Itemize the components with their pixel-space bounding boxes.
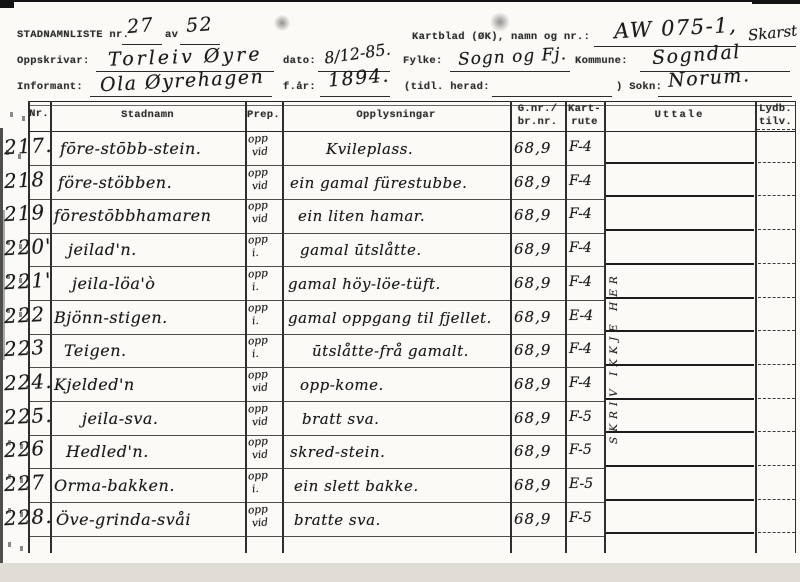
column-divider	[282, 101, 284, 553]
uttale-writing-rule	[606, 297, 754, 299]
row-gnr: 68,9	[514, 139, 551, 157]
column-divider	[50, 101, 52, 553]
row-separator	[28, 468, 604, 469]
row-prep-top: opp	[248, 301, 269, 314]
perforation-dot	[7, 240, 10, 245]
row-nr: 225.	[3, 402, 53, 429]
row-opplysningar: gamal oppgang til fjellet.	[288, 309, 492, 327]
row-stadnamn: fōrestōbbhamaren	[54, 206, 211, 225]
perforation-dot	[19, 312, 22, 317]
scan-smudge	[490, 12, 510, 32]
row-prep-top: opp	[248, 335, 269, 348]
scan-artifact	[0, 0, 796, 2]
column-divider	[510, 101, 512, 553]
col-header-uttale: Uttale	[604, 109, 755, 121]
row-opplysningar: bratt sva.	[302, 410, 379, 428]
scan-smudge	[274, 14, 290, 32]
kartblad-value: AW 075-1,	[613, 13, 737, 43]
faar-value: 1894.	[327, 64, 391, 91]
column-divider	[245, 101, 247, 553]
row-prep-bottom: vid	[252, 516, 269, 529]
row-gnr: 68,9	[514, 375, 551, 393]
row-opplysningar: ūtslåtte-frå gamalt.	[312, 342, 469, 360]
row-stadnamn: Orma-bakken.	[54, 476, 175, 495]
row-stadnamn: jeila-löa'ò	[72, 274, 155, 293]
row-nr: 218	[3, 167, 45, 193]
row-gnr: 68,9	[514, 206, 551, 224]
perforation-dot	[8, 542, 11, 547]
row-prep-bottom: i.	[252, 348, 260, 360]
row-stadnamn: Teigen.	[64, 341, 127, 360]
row-separator	[28, 334, 604, 335]
underline	[122, 44, 162, 45]
scan-artifact	[3, 210, 5, 360]
row-nr: 220'	[3, 234, 52, 260]
col-header-lydb-line2: tilv.	[755, 116, 796, 128]
row-nr: 221'	[3, 268, 52, 294]
row-kartrute: F-4	[569, 173, 592, 189]
row-prep-top: opp	[248, 200, 269, 213]
lydb-writing-rule	[758, 330, 795, 331]
row-prep-top: opp	[248, 503, 269, 516]
perforation-dot	[8, 474, 11, 479]
row-opplysningar: gamal höy-löe-tüft.	[288, 275, 441, 293]
row-kartrute: F-5	[569, 442, 592, 458]
lydb-writing-rule	[758, 364, 795, 365]
uttale-writing-rule	[606, 499, 754, 501]
row-prep-bottom: vid	[252, 145, 269, 158]
perforation-dot	[22, 116, 25, 121]
row-separator	[28, 502, 604, 503]
row-prep-bottom: i.	[252, 247, 260, 259]
col-header-gnr-line2: br.nr.	[510, 116, 565, 128]
scanner-band	[0, 563, 800, 582]
scanned-stadnamn-form: STADNAMNLISTE nr. 27 av 52 Kartblad (ØK)…	[0, 0, 800, 582]
row-kartrute: F-4	[569, 341, 592, 357]
scan-artifact	[752, 0, 800, 4]
kartblad-extra-value: Skarst	[747, 21, 798, 44]
perforation-dot	[8, 508, 11, 513]
perforation-dot	[19, 278, 22, 283]
col-header-nr: Nr.	[28, 108, 50, 120]
col-header-opplysningar: Opplysningar	[282, 109, 510, 121]
lydb-writing-rule	[758, 297, 795, 298]
uttale-writing-rule	[606, 398, 754, 400]
row-separator	[28, 266, 604, 267]
lydb-writing-rule	[758, 532, 795, 533]
lydb-header-rule	[757, 129, 795, 130]
row-kartrute: F-4	[569, 375, 592, 391]
col-header-rute-line2: rute	[565, 116, 604, 128]
row-prep-bottom: vid	[252, 449, 269, 462]
row-gnr: 68,9	[514, 409, 551, 427]
oppskrivar-label: Oppskrivar:	[17, 55, 90, 67]
uttale-writing-rule	[606, 195, 754, 197]
kartblad-label: Kartblad (ØK), namn og nr.:	[412, 31, 590, 43]
lydb-writing-rule	[758, 162, 795, 163]
lydb-writing-rule	[758, 229, 795, 230]
uttale-writing-rule	[606, 162, 754, 164]
row-stadnamn: fōre-stōbb-stein.	[60, 139, 201, 158]
perforation-dot	[18, 154, 21, 159]
form-title-label: STADNAMNLISTE nr.	[17, 29, 129, 41]
row-nr: 224.	[3, 369, 53, 396]
row-prep-top: opp	[248, 166, 269, 179]
row-stadnamn: före-stöbben.	[58, 173, 172, 192]
col-header-gnr-line1: G.nr./	[510, 103, 565, 115]
row-stadnamn: Öve-grinda-svåi	[56, 510, 191, 529]
row-separator	[28, 233, 604, 234]
perforation-dot	[20, 444, 23, 449]
perforation-dot	[20, 478, 23, 483]
faar-label: f.år:	[283, 81, 316, 93]
row-kartrute: E-5	[569, 476, 593, 492]
uttale-writing-rule	[606, 465, 754, 467]
row-kartrute: E-4	[569, 308, 593, 324]
row-gnr: 68,9	[514, 173, 551, 191]
informant-label: Informant:	[17, 81, 83, 93]
column-divider	[565, 101, 567, 553]
row-gnr: 68,9	[514, 240, 551, 258]
row-separator	[28, 300, 604, 301]
lydb-writing-rule	[758, 263, 795, 264]
row-kartrute: F-4	[569, 274, 592, 290]
row-prep-bottom: i.	[252, 281, 260, 293]
row-prep-top: opp	[248, 436, 269, 449]
row-gnr: 68,9	[514, 274, 551, 292]
row-nr: 219	[3, 200, 45, 226]
row-kartrute: F-4	[569, 206, 592, 222]
row-prep-top: opp	[248, 233, 269, 246]
form-title-nr-value: 27	[126, 14, 155, 38]
row-gnr: 68,9	[514, 510, 551, 528]
row-prep-top: opp	[248, 132, 269, 145]
row-opplysningar: ein gamal fürestubbe.	[290, 174, 467, 192]
row-prep-bottom: vid	[252, 381, 269, 394]
column-divider	[755, 101, 757, 553]
row-prep-top: opp	[248, 267, 269, 280]
lydb-writing-rule	[758, 195, 795, 196]
dato-value: 8/12-85.	[323, 39, 392, 67]
row-opplysningar: opp-kome.	[300, 376, 384, 394]
skriv-ikkje-her-note: SKRIV IKKJE HER	[608, 238, 620, 444]
dato-label: dato:	[283, 55, 316, 67]
sokn-value: Norum.	[667, 64, 751, 92]
uttale-writing-rule	[606, 431, 754, 433]
underline	[450, 71, 570, 72]
form-av-label: av	[165, 29, 178, 41]
row-stadnamn: Hedled'n.	[66, 442, 149, 461]
perforation-dot	[6, 150, 9, 155]
herad-blank-underline	[492, 96, 612, 97]
row-kartrute: F-5	[569, 409, 592, 425]
row-prep-bottom: vid	[252, 415, 269, 428]
perforation-dot	[19, 244, 22, 249]
form-title-total-value: 52	[185, 13, 214, 37]
row-kartrute: F-5	[569, 510, 592, 526]
uttale-writing-rule	[606, 532, 754, 534]
row-nr: 223	[3, 335, 45, 361]
underline	[658, 96, 792, 97]
kommune-label: Kommune:	[575, 55, 628, 67]
row-prep-top: opp	[248, 368, 269, 381]
column-divider	[795, 101, 797, 553]
lydb-writing-rule	[758, 465, 795, 466]
underline	[90, 96, 272, 97]
col-header-stadnamn: Stadnamn	[50, 109, 245, 121]
lydb-writing-rule	[758, 398, 795, 399]
table-top-border	[28, 101, 796, 102]
perforation-dot	[10, 112, 13, 117]
sokn-label: ) Sokn:	[616, 81, 662, 93]
uttale-writing-rule	[606, 330, 754, 332]
perforation-dot	[7, 308, 10, 313]
row-separator	[28, 199, 604, 200]
row-opplysningar: skred-stein.	[290, 443, 385, 461]
underline	[320, 96, 390, 97]
scan-artifact	[0, 0, 14, 8]
col-header-rute-line1: Kart-	[565, 103, 604, 115]
lydb-writing-rule	[758, 499, 795, 500]
row-stadnamn: jeila-sva.	[82, 409, 158, 428]
row-opplysningar: Kvileplass.	[326, 140, 413, 158]
fylke-value: Sogn og Fj.	[458, 44, 568, 70]
herad-label: (tidl. herad:	[404, 81, 490, 93]
row-stadnamn: Bjönn-stigen.	[54, 308, 168, 327]
row-nr: 222	[3, 301, 45, 327]
row-separator	[28, 165, 604, 166]
row-gnr: 68,9	[514, 308, 551, 326]
fylke-label: Fylke:	[403, 55, 443, 67]
row-kartrute: F-4	[569, 139, 592, 155]
uttale-writing-rule	[606, 263, 754, 265]
row-prep-bottom: vid	[252, 179, 269, 192]
row-gnr: 68,9	[514, 442, 551, 460]
col-header-prep: Prep.	[245, 109, 282, 121]
row-prep-bottom: i.	[252, 314, 260, 326]
row-separator	[28, 536, 604, 537]
perforation-dot	[8, 440, 11, 445]
row-opplysningar: ein slett bakke.	[294, 477, 419, 495]
header-bottom-border	[28, 131, 796, 132]
col-header-lydb-line1: Lydb.	[755, 103, 796, 115]
uttale-writing-rule	[606, 229, 754, 231]
row-kartrute: F-4	[569, 240, 592, 256]
row-opplysningar: ein liten hamar.	[298, 207, 425, 225]
column-divider	[604, 101, 606, 553]
row-separator	[28, 401, 604, 402]
perforation-dot	[7, 274, 10, 279]
lydb-writing-rule	[758, 431, 795, 432]
row-nr: 217.	[3, 133, 53, 160]
row-separator	[28, 435, 604, 436]
row-prep-top: opp	[248, 469, 269, 482]
perforation-dot	[20, 512, 23, 517]
table-top-border-inner	[28, 105, 796, 106]
row-opplysningar: gamal ūtslåtte.	[300, 241, 422, 259]
row-stadnamn: Kjelded'n	[54, 375, 135, 394]
row-opplysningar: bratte sva.	[294, 511, 381, 529]
row-stadnamn: jeilad'n.	[68, 240, 137, 259]
row-gnr: 68,9	[514, 341, 551, 359]
perforation-dot	[20, 546, 23, 551]
row-gnr: 68,9	[514, 476, 551, 494]
row-separator	[28, 367, 604, 368]
row-prep-bottom: vid	[252, 213, 269, 226]
uttale-writing-rule	[606, 364, 754, 366]
row-prep-bottom: i.	[252, 483, 260, 495]
row-prep-top: opp	[248, 402, 269, 415]
